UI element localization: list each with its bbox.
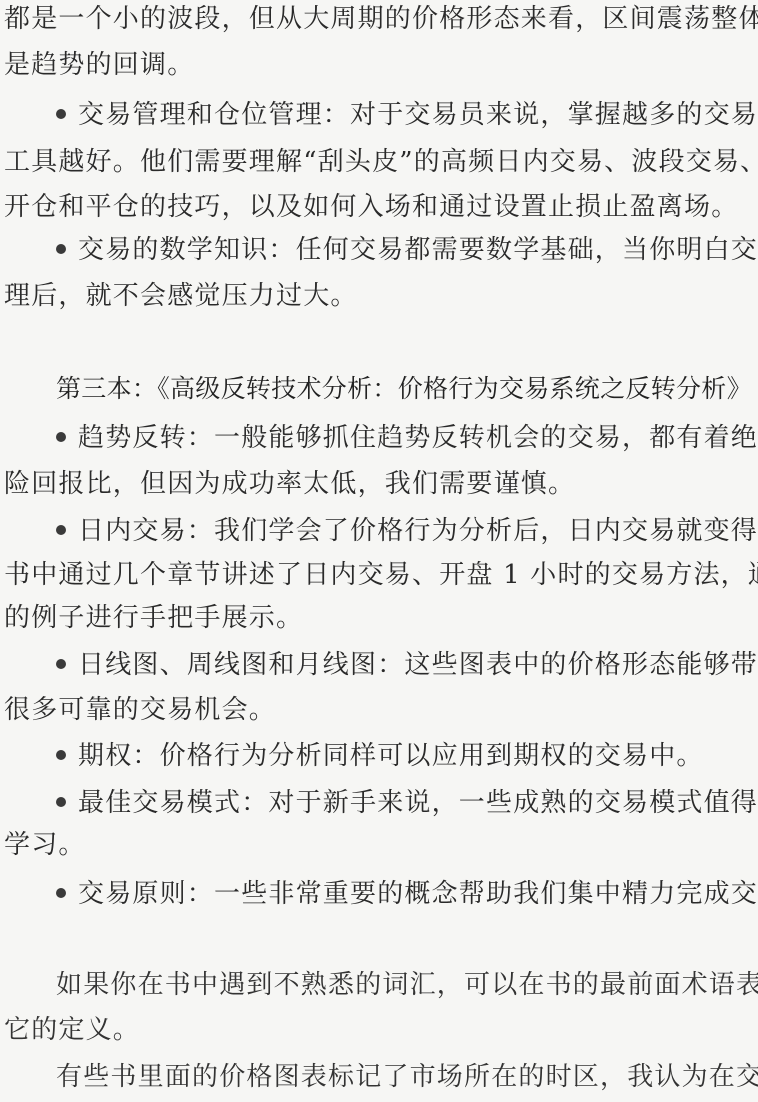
- paragraph-line: 书中通过几个章节讲述了日内交易、开盘 1 小时的交易方法，通过具体: [4, 560, 754, 590]
- paragraph-line: 险回报比，但因为成功率太低，我们需要谨慎。: [4, 469, 754, 499]
- paragraph-line: 开仓和平仓的技巧，以及如何入场和通过设置止损止盈离场。: [4, 192, 754, 222]
- section-heading: 第三本：《高级反转技术分析：价格行为交易系统之反转分析》: [56, 374, 752, 404]
- paragraph-line: 的例子进行手把手展示。: [4, 603, 754, 633]
- bullet-icon: [56, 797, 66, 807]
- bullet-item: 日线图、周线图和月线图：这些图表中的价格形态能够带给我们: [56, 650, 754, 680]
- bullet-icon: [56, 432, 66, 442]
- bullet-icon: [56, 750, 66, 760]
- bullet-icon: [56, 244, 66, 254]
- bullet-icon: [56, 888, 66, 898]
- paragraph-line: 是趋势的回调。: [4, 50, 754, 80]
- paragraph-line: 如果你在书中遇到不熟悉的词汇，可以在书的最前面术语表中查询: [56, 970, 754, 1000]
- bullet-item: 交易的数学知识：任何交易都需要数学基础，当你明白交易的原: [56, 235, 754, 265]
- paragraph-line: 都是一个小的波段，但从大周期的价格形态来看，区间震荡整体被看作: [4, 4, 754, 34]
- paragraph-line: 工具越好。他们需要理解“刮头皮”的高频日内交易、波段交易、大笔: [4, 147, 754, 177]
- paragraph-line: 学习。: [4, 830, 754, 860]
- bullet-icon: [56, 659, 66, 669]
- bullet-item: 趋势反转：一般能够抓住趋势反转机会的交易，都有着绝佳的风: [56, 423, 754, 453]
- bullet-item: 日内交易：我们学会了价格行为分析后，日内交易就变得简单。: [56, 516, 754, 546]
- paragraph-line: 很多可靠的交易机会。: [4, 695, 754, 725]
- bullet-item: 交易原则：一些非常重要的概念帮助我们集中精力完成交易。: [56, 879, 754, 909]
- bullet-icon: [56, 525, 66, 535]
- bullet-item: 交易管理和仓位管理：对于交易员来说，掌握越多的交易技巧和: [56, 100, 754, 130]
- bullet-item: 最佳交易模式：对于新手来说，一些成熟的交易模式值得重点: [56, 788, 754, 818]
- paragraph-line: 理后，就不会感觉压力过大。: [4, 281, 754, 311]
- book-page: 都是一个小的波段，但从大周期的价格形态来看，区间震荡整体被看作 是趋势的回调。 …: [0, 0, 758, 1102]
- paragraph-line: 有些书里面的价格图表标记了市场所在的时区，我认为在交易电子: [56, 1062, 754, 1092]
- paragraph-line: 它的定义。: [4, 1015, 754, 1045]
- bullet-icon: [56, 109, 66, 119]
- bullet-item: 期权：价格行为分析同样可以应用到期权的交易中。: [56, 741, 754, 771]
